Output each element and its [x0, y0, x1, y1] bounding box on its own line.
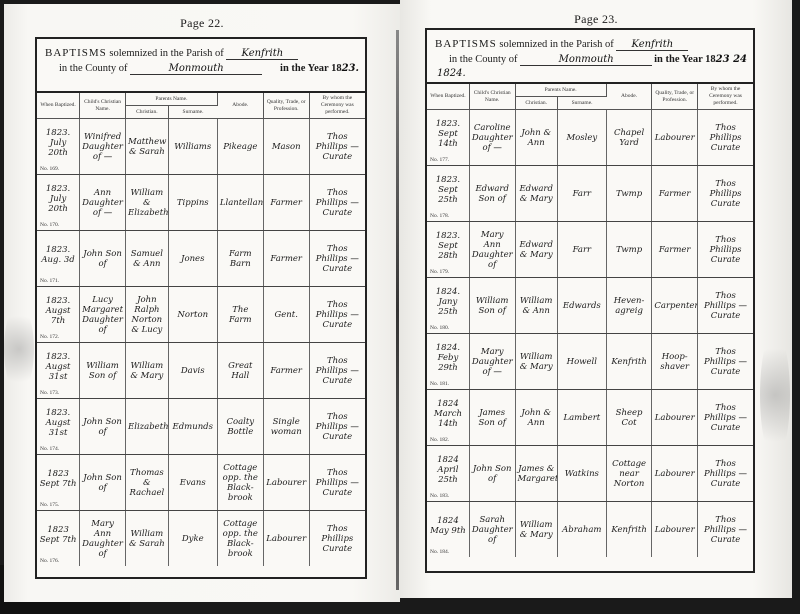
cell-parents-christian: William & Mary [126, 343, 169, 399]
cell-parents-christian: Matthew & Sarah [126, 119, 169, 175]
table-row: 1823. July 20thNo. 169.Winifred Daughter… [37, 119, 365, 175]
cell-parents-surname: Edwards [557, 278, 606, 334]
baptism-date: 1824. Jany 25th [429, 287, 467, 318]
cell-quality: Farmer [263, 231, 309, 287]
table-row: 1824 May 9thNo. 184.Sarah Daughter ofWil… [427, 502, 753, 558]
cell-child-name: Sarah Daughter of [469, 502, 515, 558]
cell-parents-surname: Lambert [557, 390, 606, 446]
entry-number: No. 178. [430, 213, 449, 220]
cell-by-whom: Thos Phillips Curate [698, 166, 753, 222]
baptism-date: 1823. Augst 7th [39, 296, 77, 327]
cell-quality: Mason [263, 119, 309, 175]
col-abode: Abode. [606, 84, 652, 110]
cell-parents-surname: Abraham [557, 502, 606, 558]
col-parents: Parents Name. [126, 93, 218, 106]
cell-abode: Great Hall [217, 343, 263, 399]
cell-quality: Labourer [652, 390, 698, 446]
cell-parents-christian: William & Mary [515, 502, 557, 558]
table-row: 1823 Sept 7thNo. 175.John Son ofThomas &… [37, 455, 365, 511]
cell-when-baptized: 1823. Sept 14thNo. 177. [427, 110, 469, 166]
cell-by-whom: Thos Phillips — Curate [309, 175, 365, 231]
cell-by-whom: Thos Phillips — Curate [309, 231, 365, 287]
cell-parents-christian: Thomas & Rachael [126, 455, 169, 511]
left-page: Page 22. BAPTISMS solemnized in the Pari… [4, 4, 400, 602]
cell-parents-christian: William & Mary [515, 334, 557, 390]
baptism-date: 1824. Feby 29th [429, 343, 467, 374]
cell-when-baptized: 1824 March 14thNo. 182. [427, 390, 469, 446]
col-child: Child's Christian Name. [80, 93, 126, 119]
cell-parents-surname: Jones [168, 231, 217, 287]
cell-child-name: William Son of [80, 343, 126, 399]
entry-number: No. 177. [430, 157, 449, 164]
cell-by-whom: Thos Phillips — Curate [309, 455, 365, 511]
cell-by-whom: Thos Phillips — Curate [309, 399, 365, 455]
entry-number: No. 169. [40, 166, 59, 173]
baptism-date: 1823. July 20th [39, 184, 77, 215]
county-line: in the County of Monmouth [59, 63, 262, 75]
cell-by-whom: Thos Phillips — Curate [698, 390, 753, 446]
cell-when-baptized: 1823. Augst 31stNo. 174. [37, 399, 80, 455]
entry-number: No. 176. [40, 558, 59, 565]
page-stain [760, 330, 790, 460]
baptism-date: 1823 Sept 7th [39, 525, 77, 545]
cell-abode: Kenfrith [606, 334, 652, 390]
entry-number: No. 179. [430, 269, 449, 276]
page-stain [4, 304, 34, 394]
cell-parents-surname: Williams [168, 119, 217, 175]
open-register-book: Page 22. BAPTISMS solemnized in the Pari… [0, 0, 800, 614]
book-gutter [396, 30, 399, 590]
entry-number: No. 183. [430, 493, 449, 500]
cell-child-name: Winifred Daughter of — [80, 119, 126, 175]
cell-parents-surname: Farr [557, 222, 606, 278]
county-name: Monmouth [520, 54, 652, 66]
entry-number: No. 181. [430, 381, 449, 388]
cell-abode: Twmp [606, 222, 652, 278]
table-row: 1823. Augst 31stNo. 174.John Son ofEliza… [37, 399, 365, 455]
cell-parents-surname: Mosley [557, 110, 606, 166]
cell-quality: Farmer [263, 343, 309, 399]
parish-line: BAPTISMS solemnized in the Parish of Ken… [45, 47, 298, 60]
cell-child-name: Ann Daughter of — [80, 175, 126, 231]
cell-parents-christian: Samuel & Ann [126, 231, 169, 287]
cell-quality: Farmer [263, 175, 309, 231]
cell-child-name: John Son of [469, 446, 515, 502]
cell-by-whom: Thos Phillips — Curate [698, 446, 753, 502]
parish-name: Kenfrith [226, 48, 298, 60]
col-christian: Christian. [126, 106, 169, 119]
cell-child-name: John Son of [80, 231, 126, 287]
cell-parents-christian: William & Ann [515, 278, 557, 334]
cell-parents-surname: Howell [557, 334, 606, 390]
table-row: 1823. Sept 14thNo. 177.Caroline Daughter… [427, 110, 753, 166]
cell-parents-christian: John & Ann [515, 110, 557, 166]
cell-parents-christian: James & Margaret [515, 446, 557, 502]
col-child: Child's Christian Name. [469, 84, 515, 110]
table-row: 1823. July 20thNo. 170.Ann Daughter of —… [37, 175, 365, 231]
cell-quality: Labourer [263, 511, 309, 567]
table-row: 1824. Jany 25thNo. 180.William Son ofWil… [427, 278, 753, 334]
baptism-date: 1823. July 20th [39, 128, 77, 159]
cell-parents-christian: Elizabeth [126, 399, 169, 455]
cell-quality: Farmer [652, 222, 698, 278]
county-name: Monmouth [130, 63, 262, 75]
cell-quality: Labourer [263, 455, 309, 511]
cell-abode: Kenfrith [606, 502, 652, 558]
cell-when-baptized: 1824. Jany 25thNo. 180. [427, 278, 469, 334]
col-abode: Abode. [217, 93, 263, 119]
year-line: in the Year 1823. [280, 63, 359, 74]
parish-name: Kenfrith [616, 39, 688, 51]
cell-abode: Pikeage [217, 119, 263, 175]
cell-parents-surname: Norton [168, 287, 217, 343]
cell-when-baptized: 1823. Augst 7thNo. 172. [37, 287, 80, 343]
cell-quality: Labourer [652, 110, 698, 166]
cell-when-baptized: 1823. July 20thNo. 169. [37, 119, 80, 175]
cell-when-baptized: 1824 April 25thNo. 183. [427, 446, 469, 502]
cell-abode: Sheep Cot [606, 390, 652, 446]
col-by-whom: By whom the Ceremony was performed. [698, 84, 753, 110]
col-quality: Quality, Trade, or Profession. [652, 84, 698, 110]
cell-quality: Single woman [263, 399, 309, 455]
baptism-date: 1823. Augst 31st [39, 408, 77, 439]
cell-child-name: Mary Daughter of — [469, 334, 515, 390]
col-parents: Parents Name. [515, 84, 606, 97]
table-row: 1824 March 14thNo. 182.James Son ofJohn … [427, 390, 753, 446]
cell-child-name: Caroline Daughter of — [469, 110, 515, 166]
baptism-date: 1823. Augst 31st [39, 352, 77, 383]
cell-abode: Heven-agreig [606, 278, 652, 334]
page-number: Page 23. [400, 12, 792, 27]
cell-parents-christian: Edward & Mary [515, 166, 557, 222]
baptism-date: 1823. Sept 25th [429, 175, 467, 206]
cell-abode: Cottage opp. the Black-brook [217, 455, 263, 511]
year-value: 23. [342, 63, 359, 74]
register-header: BAPTISMS solemnized in the Parish of Ken… [37, 39, 365, 93]
cell-child-name: John Son of [80, 399, 126, 455]
col-surname: Surname. [168, 106, 217, 119]
cell-when-baptized: 1823 Sept 7thNo. 175. [37, 455, 80, 511]
cell-parents-surname: Edmunds [168, 399, 217, 455]
cell-when-baptized: 1824 May 9thNo. 184. [427, 502, 469, 558]
baptism-date: 1824 May 9th [429, 516, 467, 536]
table-row: 1823. Sept 28thNo. 179.Mary Ann Daughter… [427, 222, 753, 278]
entry-number: No. 172. [40, 334, 59, 341]
cell-when-baptized: 1823. Sept 28thNo. 179. [427, 222, 469, 278]
entry-number: No. 174. [40, 446, 59, 453]
entry-number: No. 182. [430, 437, 449, 444]
cell-when-baptized: 1823. Aug. 3dNo. 171. [37, 231, 80, 287]
cell-parents-christian: William & Sarah [126, 511, 169, 567]
entries-table: When Baptized. Child's Christian Name. P… [427, 84, 753, 557]
table-row: 1823 Sept 7thNo. 176.Mary Ann Daughter o… [37, 511, 365, 567]
cell-quality: Gent. [263, 287, 309, 343]
cell-quality: Carpenter [652, 278, 698, 334]
register-header: BAPTISMS solemnized in the Parish of Ken… [427, 30, 753, 84]
cell-child-name: William Son of [469, 278, 515, 334]
table-row: 1824. Feby 29thNo. 181.Mary Daughter of … [427, 334, 753, 390]
col-when: When Baptized. [427, 84, 469, 110]
cell-by-whom: Thos Phillips — Curate [698, 278, 753, 334]
cell-parents-christian: William & Elizabeth [126, 175, 169, 231]
cell-abode: The Farm [217, 287, 263, 343]
cell-parents-christian: Edward & Mary [515, 222, 557, 278]
cell-child-name: John Son of [80, 455, 126, 511]
cell-by-whom: Thos Phillips — Curate [698, 502, 753, 558]
baptism-date: 1823. Aug. 3d [39, 245, 77, 265]
cell-parents-christian: John Ralph Norton & Lucy [126, 287, 169, 343]
cell-abode: Farm Barn [217, 231, 263, 287]
cell-abode: Llantellan [217, 175, 263, 231]
cell-parents-surname: Tippins [168, 175, 217, 231]
table-row: 1824 April 25thNo. 183.John Son ofJames … [427, 446, 753, 502]
entry-number: No. 170. [40, 222, 59, 229]
cell-when-baptized: 1823. Sept 25thNo. 178. [427, 166, 469, 222]
baptism-date: 1824 April 25th [429, 455, 467, 486]
entry-number: No. 184. [430, 549, 449, 556]
cell-child-name: Edward Son of [469, 166, 515, 222]
cell-abode: Coalty Bottle [217, 399, 263, 455]
table-row: 1823. Augst 31stNo. 173.William Son ofWi… [37, 343, 365, 399]
baptism-date: 1824 March 14th [429, 399, 467, 430]
cell-by-whom: Thos Phillips — Curate [309, 287, 365, 343]
entry-number: No. 180. [430, 325, 449, 332]
table-row: 1823. Sept 25thNo. 178.Edward Son ofEdwa… [427, 166, 753, 222]
right-page: Page 23. BAPTISMS solemnized in the Pari… [400, 0, 792, 598]
col-christian: Christian. [515, 97, 557, 110]
col-by-whom: By whom the Ceremony was performed. [309, 93, 365, 119]
cell-parents-surname: Evans [168, 455, 217, 511]
entries-table: When Baptized. Child's Christian Name. P… [37, 93, 365, 566]
parish-line: BAPTISMS solemnized in the Parish of Ken… [435, 38, 688, 51]
baptism-register: BAPTISMS solemnized in the Parish of Ken… [35, 37, 367, 579]
col-surname: Surname. [557, 97, 606, 110]
year-value: 23 24 [716, 54, 747, 65]
cell-by-whom: Thos Phillips Curate [309, 511, 365, 567]
cell-parents-surname: Dyke [168, 511, 217, 567]
cell-abode: Cottage opp. the Black-brook [217, 511, 263, 567]
cell-parents-surname: Watkins [557, 446, 606, 502]
cell-when-baptized: 1823 Sept 7thNo. 176. [37, 511, 80, 567]
cell-abode: Cottage near Norton [606, 446, 652, 502]
cell-child-name: Lucy Margaret Daughter of [80, 287, 126, 343]
cell-child-name: James Son of [469, 390, 515, 446]
table-row: 1823. Aug. 3dNo. 171.John Son ofSamuel &… [37, 231, 365, 287]
page-number: Page 22. [4, 16, 400, 31]
col-when: When Baptized. [37, 93, 80, 119]
cell-abode: Twmp [606, 166, 652, 222]
baptism-date: 1823. Sept 14th [429, 119, 467, 150]
cell-parents-surname: Farr [557, 166, 606, 222]
county-line: in the County of Monmouth [449, 54, 652, 66]
cell-by-whom: Thos Phillips Curate [698, 222, 753, 278]
cell-by-whom: Thos Phillips — Curate [698, 334, 753, 390]
entry-number: No. 171. [40, 278, 59, 285]
cell-when-baptized: 1823. July 20thNo. 170. [37, 175, 80, 231]
cell-quality: Labourer [652, 502, 698, 558]
col-quality: Quality, Trade, or Profession. [263, 93, 309, 119]
cell-by-whom: Thos Phillips — Curate [309, 119, 365, 175]
table-row: 1823. Augst 7thNo. 172.Lucy Margaret Dau… [37, 287, 365, 343]
entry-number: No. 175. [40, 502, 59, 509]
cell-parents-surname: Davis [168, 343, 217, 399]
cell-quality: Labourer [652, 446, 698, 502]
baptism-date: 1823 Sept 7th [39, 469, 77, 489]
cell-by-whom: Thos Phillips — Curate [309, 343, 365, 399]
cell-parents-christian: John & Ann [515, 390, 557, 446]
cell-quality: Farmer [652, 166, 698, 222]
baptism-register: BAPTISMS solemnized in the Parish of Ken… [425, 28, 755, 573]
cell-when-baptized: 1823. Augst 31stNo. 173. [37, 343, 80, 399]
baptism-date: 1823. Sept 28th [429, 231, 467, 262]
extra-year-note: 1824. [437, 68, 466, 79]
cell-abode: Chapel Yard [606, 110, 652, 166]
entry-number: No. 173. [40, 390, 59, 397]
cell-quality: Hoop-shaver [652, 334, 698, 390]
cell-when-baptized: 1824. Feby 29thNo. 181. [427, 334, 469, 390]
year-line: in the Year 1823 24 [654, 54, 747, 65]
cell-by-whom: Thos Phillips Curate [698, 110, 753, 166]
cell-child-name: Mary Ann Daughter of [80, 511, 126, 567]
cell-child-name: Mary Ann Daughter of [469, 222, 515, 278]
